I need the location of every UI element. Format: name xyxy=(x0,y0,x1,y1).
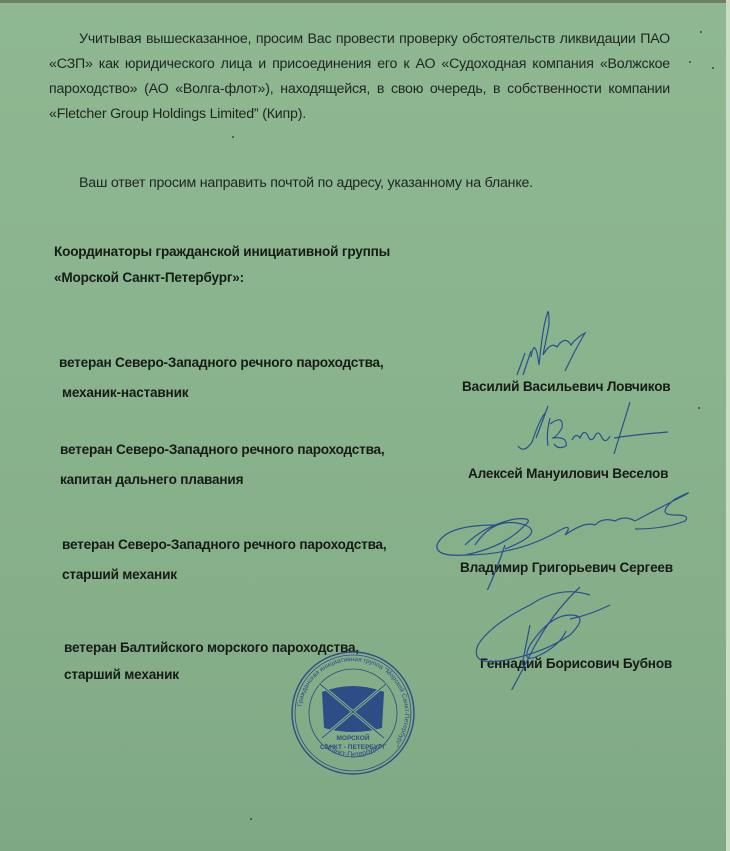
group-name-heading: «Морской Санкт-Петербург»: xyxy=(54,270,244,285)
organization-stamp-icon: Гражданская инициативная группа "Морской… xyxy=(290,650,416,776)
paper-right-edge xyxy=(726,0,730,851)
paragraph-text: Учитывая вышесказанное, просим Вас прове… xyxy=(49,31,670,122)
paper-speck xyxy=(232,136,234,138)
signatory-1-role-line1: ветеран Северо-Западного речного пароход… xyxy=(59,355,384,370)
signatory-3-role-line1: ветеран Северо-Западного речного пароход… xyxy=(62,537,387,552)
signature-1-icon xyxy=(505,305,605,385)
body-paragraph-request: Учитывая вышесказанное, просим Вас прове… xyxy=(49,27,670,127)
paper-speck xyxy=(698,407,700,409)
signatory-2-name: Алексей Мануилович Веселов xyxy=(468,466,668,481)
paper-speck xyxy=(700,31,702,33)
stamp-center-line1: МОРСКОЙ xyxy=(336,733,369,742)
coordinators-heading: Координаторы гражданской инициативной гр… xyxy=(54,244,390,259)
body-paragraph-reply: Ваш ответ просим направить почтой по адр… xyxy=(79,171,579,196)
signature-4-icon xyxy=(470,575,620,690)
signatory-1-role-line2: механик-наставник xyxy=(62,385,188,400)
paper-speck xyxy=(712,67,714,69)
signatory-4-role-line2: старший механик xyxy=(64,667,179,682)
signature-2-icon xyxy=(510,398,670,458)
signatory-2-role-line2: капитан дальнего плавания xyxy=(60,472,243,487)
signatory-3-role-line2: старший механик xyxy=(62,567,177,582)
paper-speck xyxy=(250,818,252,820)
stamp-center-line2: САНКТ - ПЕТЕРБУРГ xyxy=(320,744,386,751)
paper-speck xyxy=(689,61,691,63)
signatory-2-role-line1: ветеран Северо-Западного речного пароход… xyxy=(60,442,385,457)
paper-top-edge xyxy=(0,0,730,3)
